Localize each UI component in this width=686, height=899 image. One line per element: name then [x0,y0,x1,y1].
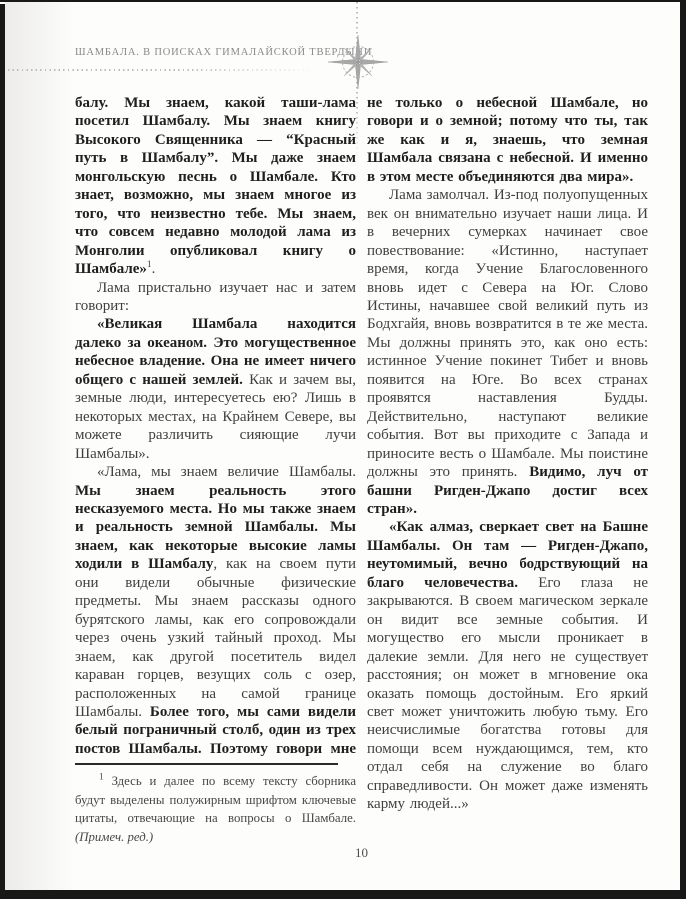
text-run: Лама пристально изучает нас и затем гово… [75,280,356,314]
text-run: , как на своем пути они видели обычные ф… [75,556,356,720]
paragraph: Лама пристально изучает нас и затем гово… [75,279,356,316]
text-run: «Лама, мы знаем величие Шамбалы. [97,464,356,480]
footnote-text: 1 Здесь и далее по всему тексту сборника… [75,772,356,846]
paragraph: Лама замолчал. Из-под полуопущенных век … [367,186,648,518]
page-border-right [680,2,686,899]
text-run: Лама замолчал. Из-под полуопущенных век … [367,187,648,480]
page-left-shading [5,2,75,890]
left-column: балу. Мы знаем, какой таши-лама посетил … [75,94,356,762]
page-border-bottom [0,890,686,899]
book-page: ШАМБАЛА. В ПОИСКАХ ГИМАЛАЙСКОЙ ТВЕРДЫНИ … [0,0,686,899]
page-border-left [0,4,5,899]
compass-rose-icon [315,19,401,105]
footnote-rule [75,763,338,765]
bold-run: балу. Мы знаем, какой таши-лама посетил … [75,95,356,277]
header-dotted-rule [8,69,328,71]
text-run: . [152,261,156,277]
bold-run: не только о небесной Шамбале, но говори … [367,95,648,185]
paragraph: балу. Мы знаем, какой таши-лама посетил … [75,94,356,279]
page-border-top [0,0,686,2]
text-run: Его глаза не закрываются. В своем магиче… [367,575,648,812]
footnote: 1 Здесь и далее по всему тексту сборника… [75,772,356,846]
text-run: Здесь и далее по всему тексту сборника б… [75,774,356,825]
page-number: 10 [75,845,648,861]
paragraph: «Как алмаз, сверкает свет на Башне Шамба… [367,518,648,813]
paragraph: не только о небесной Шамбале, но говори … [367,94,648,186]
right-column: не только о небесной Шамбале, но говори … [367,94,648,842]
text-run: (Примеч. ред.) [75,830,153,844]
paragraph: «Великая Шамбала находится далеко за оке… [75,315,356,463]
paragraph: «Лама, мы знаем величие Шамбалы. Мы знае… [75,463,356,758]
